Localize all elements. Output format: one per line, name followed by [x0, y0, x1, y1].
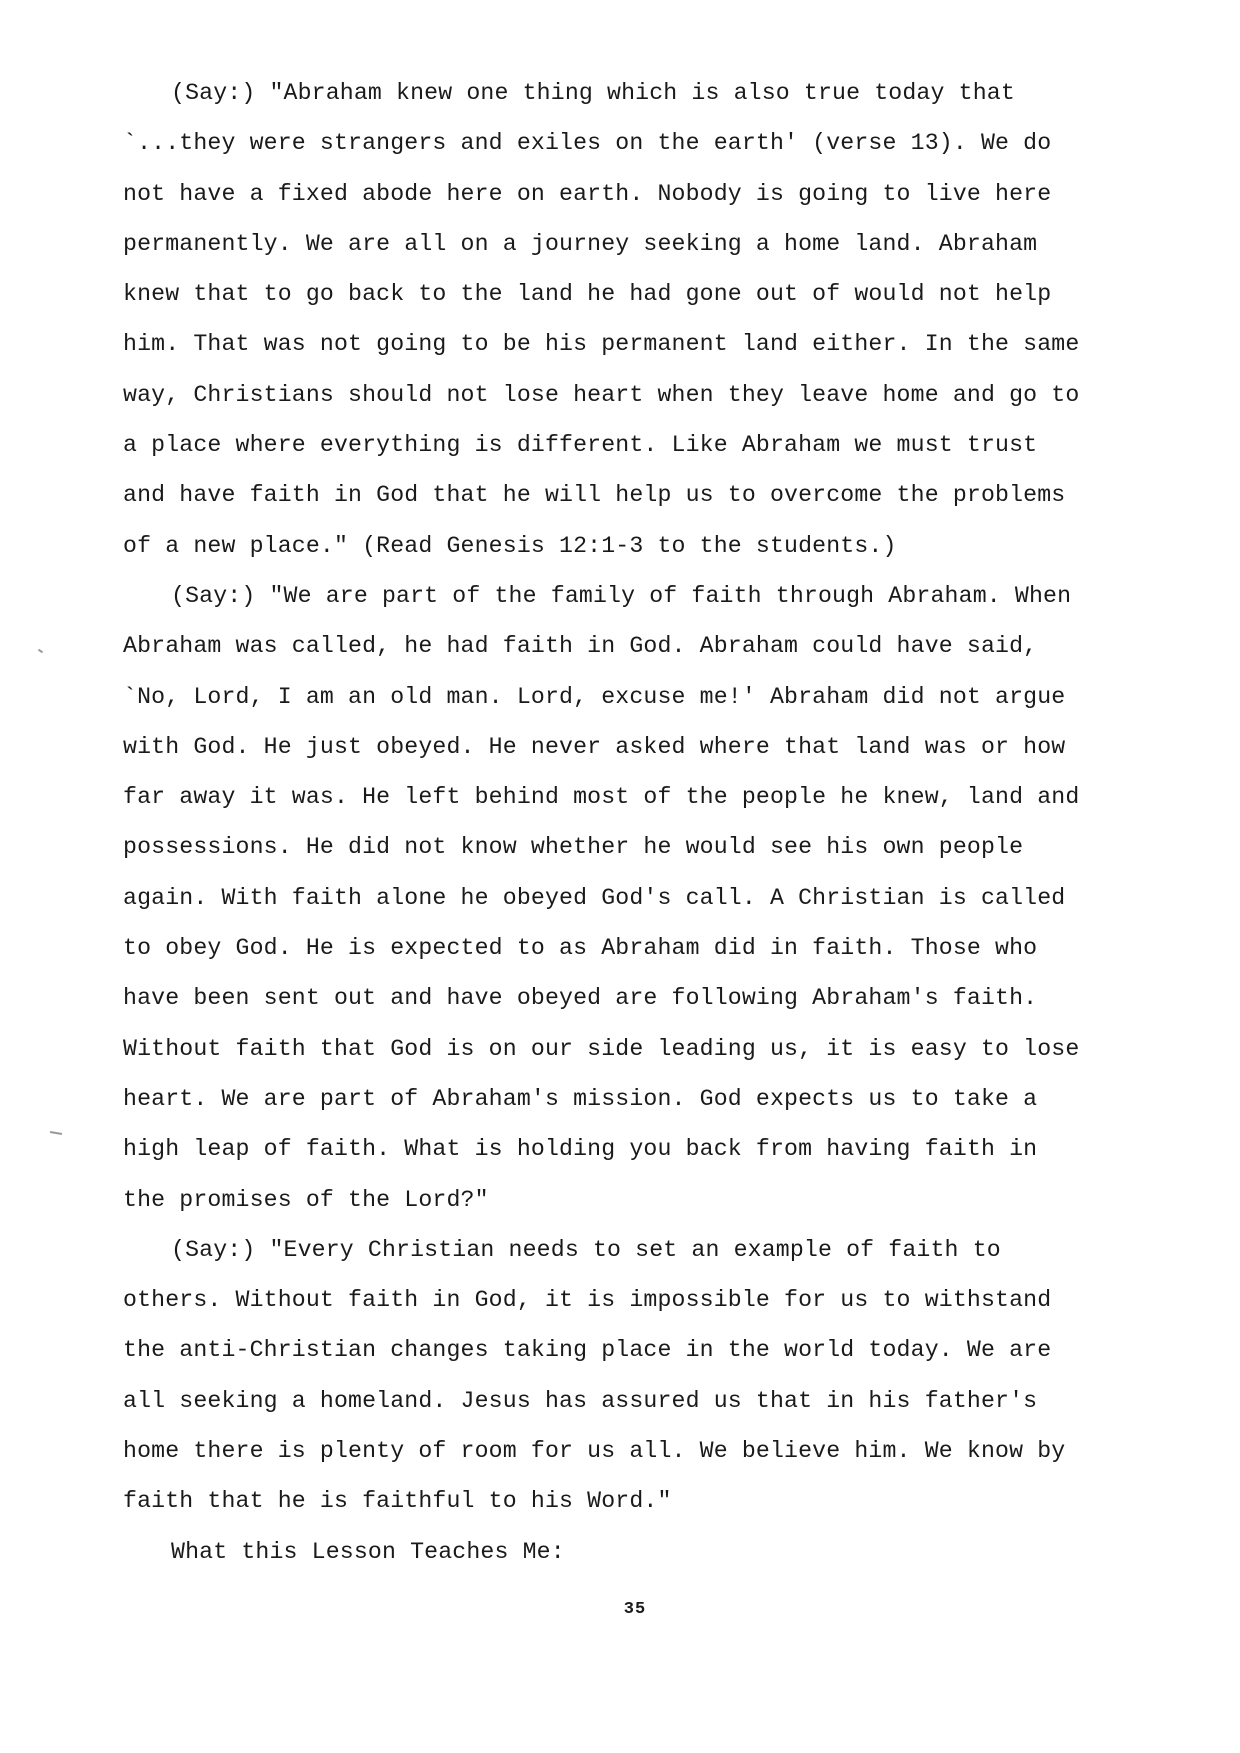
paragraph-first-line: (Say:) "We are part of the family of fai…	[123, 571, 1143, 621]
text-line: Abraham was called, he had faith in God.…	[123, 621, 1143, 671]
text-line: knew that to go back to the land he had …	[123, 269, 1143, 319]
text-line: him. That was not going to be his perman…	[123, 319, 1143, 369]
scan-speck	[50, 1131, 62, 1135]
text-line: home there is plenty of room for us all.…	[123, 1426, 1143, 1476]
text-line: and have faith in God that he will help …	[123, 470, 1143, 520]
text-line: possessions. He did not know whether he …	[123, 822, 1143, 872]
text-line: of a new place." (Read Genesis 12:1-3 to…	[123, 521, 1143, 571]
page-number: 35	[0, 1600, 1240, 1619]
paragraph-first-line: What this Lesson Teaches Me:	[123, 1527, 1143, 1577]
document-body: (Say:) "Abraham knew one thing which is …	[123, 68, 1143, 1577]
text-line: the anti-Christian changes taking place …	[123, 1325, 1143, 1375]
text-line: `No, Lord, I am an old man. Lord, excuse…	[123, 672, 1143, 722]
text-line: all seeking a homeland. Jesus has assure…	[123, 1376, 1143, 1426]
text-line: far away it was. He left behind most of …	[123, 772, 1143, 822]
text-line: again. With faith alone he obeyed God's …	[123, 873, 1143, 923]
text-line: `...they were strangers and exiles on th…	[123, 118, 1143, 168]
text-line: faith that he is faithful to his Word."	[123, 1476, 1143, 1526]
text-line: heart. We are part of Abraham's mission.…	[123, 1074, 1143, 1124]
text-line: a place where everything is different. L…	[123, 420, 1143, 470]
text-line: the promises of the Lord?"	[123, 1175, 1143, 1225]
text-line: permanently. We are all on a journey see…	[123, 219, 1143, 269]
scan-speck	[38, 649, 43, 654]
text-line: have been sent out and have obeyed are f…	[123, 973, 1143, 1023]
text-line: Without faith that God is on our side le…	[123, 1024, 1143, 1074]
text-line: to obey God. He is expected to as Abraha…	[123, 923, 1143, 973]
text-line: way, Christians should not lose heart wh…	[123, 370, 1143, 420]
text-line: with God. He just obeyed. He never asked…	[123, 722, 1143, 772]
paragraph-first-line: (Say:) "Every Christian needs to set an …	[123, 1225, 1143, 1275]
document-page: (Say:) "Abraham knew one thing which is …	[0, 0, 1240, 1753]
text-line: high leap of faith. What is holding you …	[123, 1124, 1143, 1174]
text-line: not have a fixed abode here on earth. No…	[123, 169, 1143, 219]
text-line: others. Without faith in God, it is impo…	[123, 1275, 1143, 1325]
paragraph-first-line: (Say:) "Abraham knew one thing which is …	[123, 68, 1143, 118]
